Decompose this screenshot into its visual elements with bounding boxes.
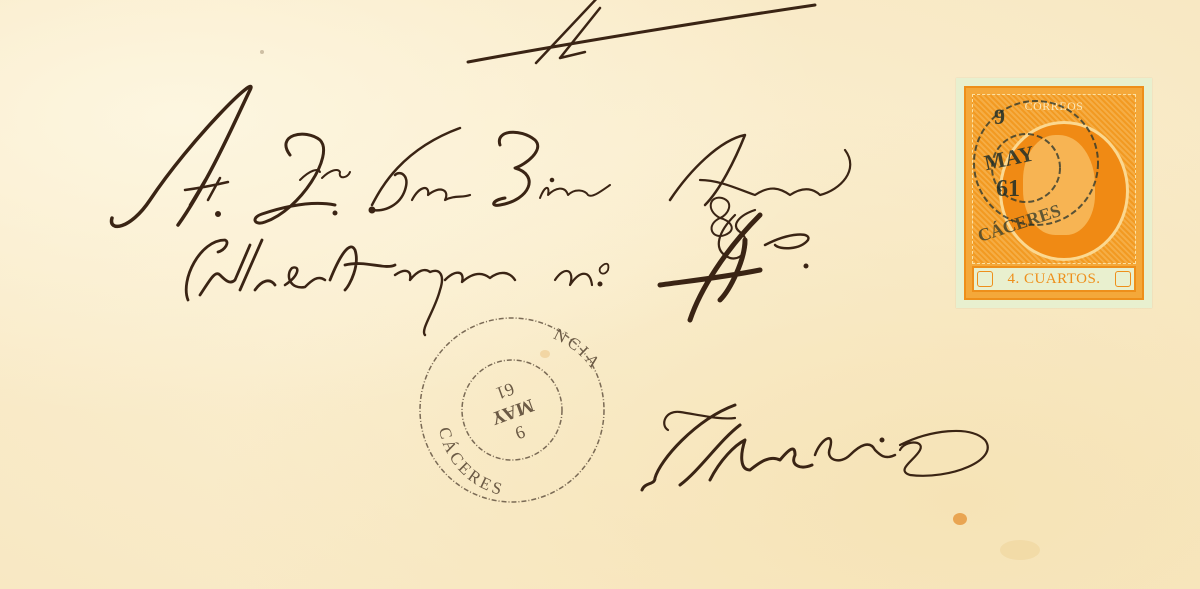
cancel-month: MAY	[982, 140, 1037, 175]
cancel-year: 61	[996, 176, 1020, 202]
postage-stamp: CORREOS 4. CUARTOS. 9 MAY 61 CÁCERES	[956, 78, 1152, 308]
postmark-day: 9	[513, 422, 528, 444]
postal-cover: NCIA CÁCERES 9 MAY 61 CORREOS 4. CUARTOS…	[0, 0, 1200, 589]
cancel-day: 9	[994, 104, 1005, 129]
cancel-town: CÁCERES	[975, 199, 1063, 246]
stamp-cancellation: 9 MAY 61 CÁCERES	[936, 58, 1176, 298]
postmark-outer-top: NCIA	[551, 324, 606, 373]
postmark-outer-bottom: CÁCERES	[435, 425, 507, 499]
